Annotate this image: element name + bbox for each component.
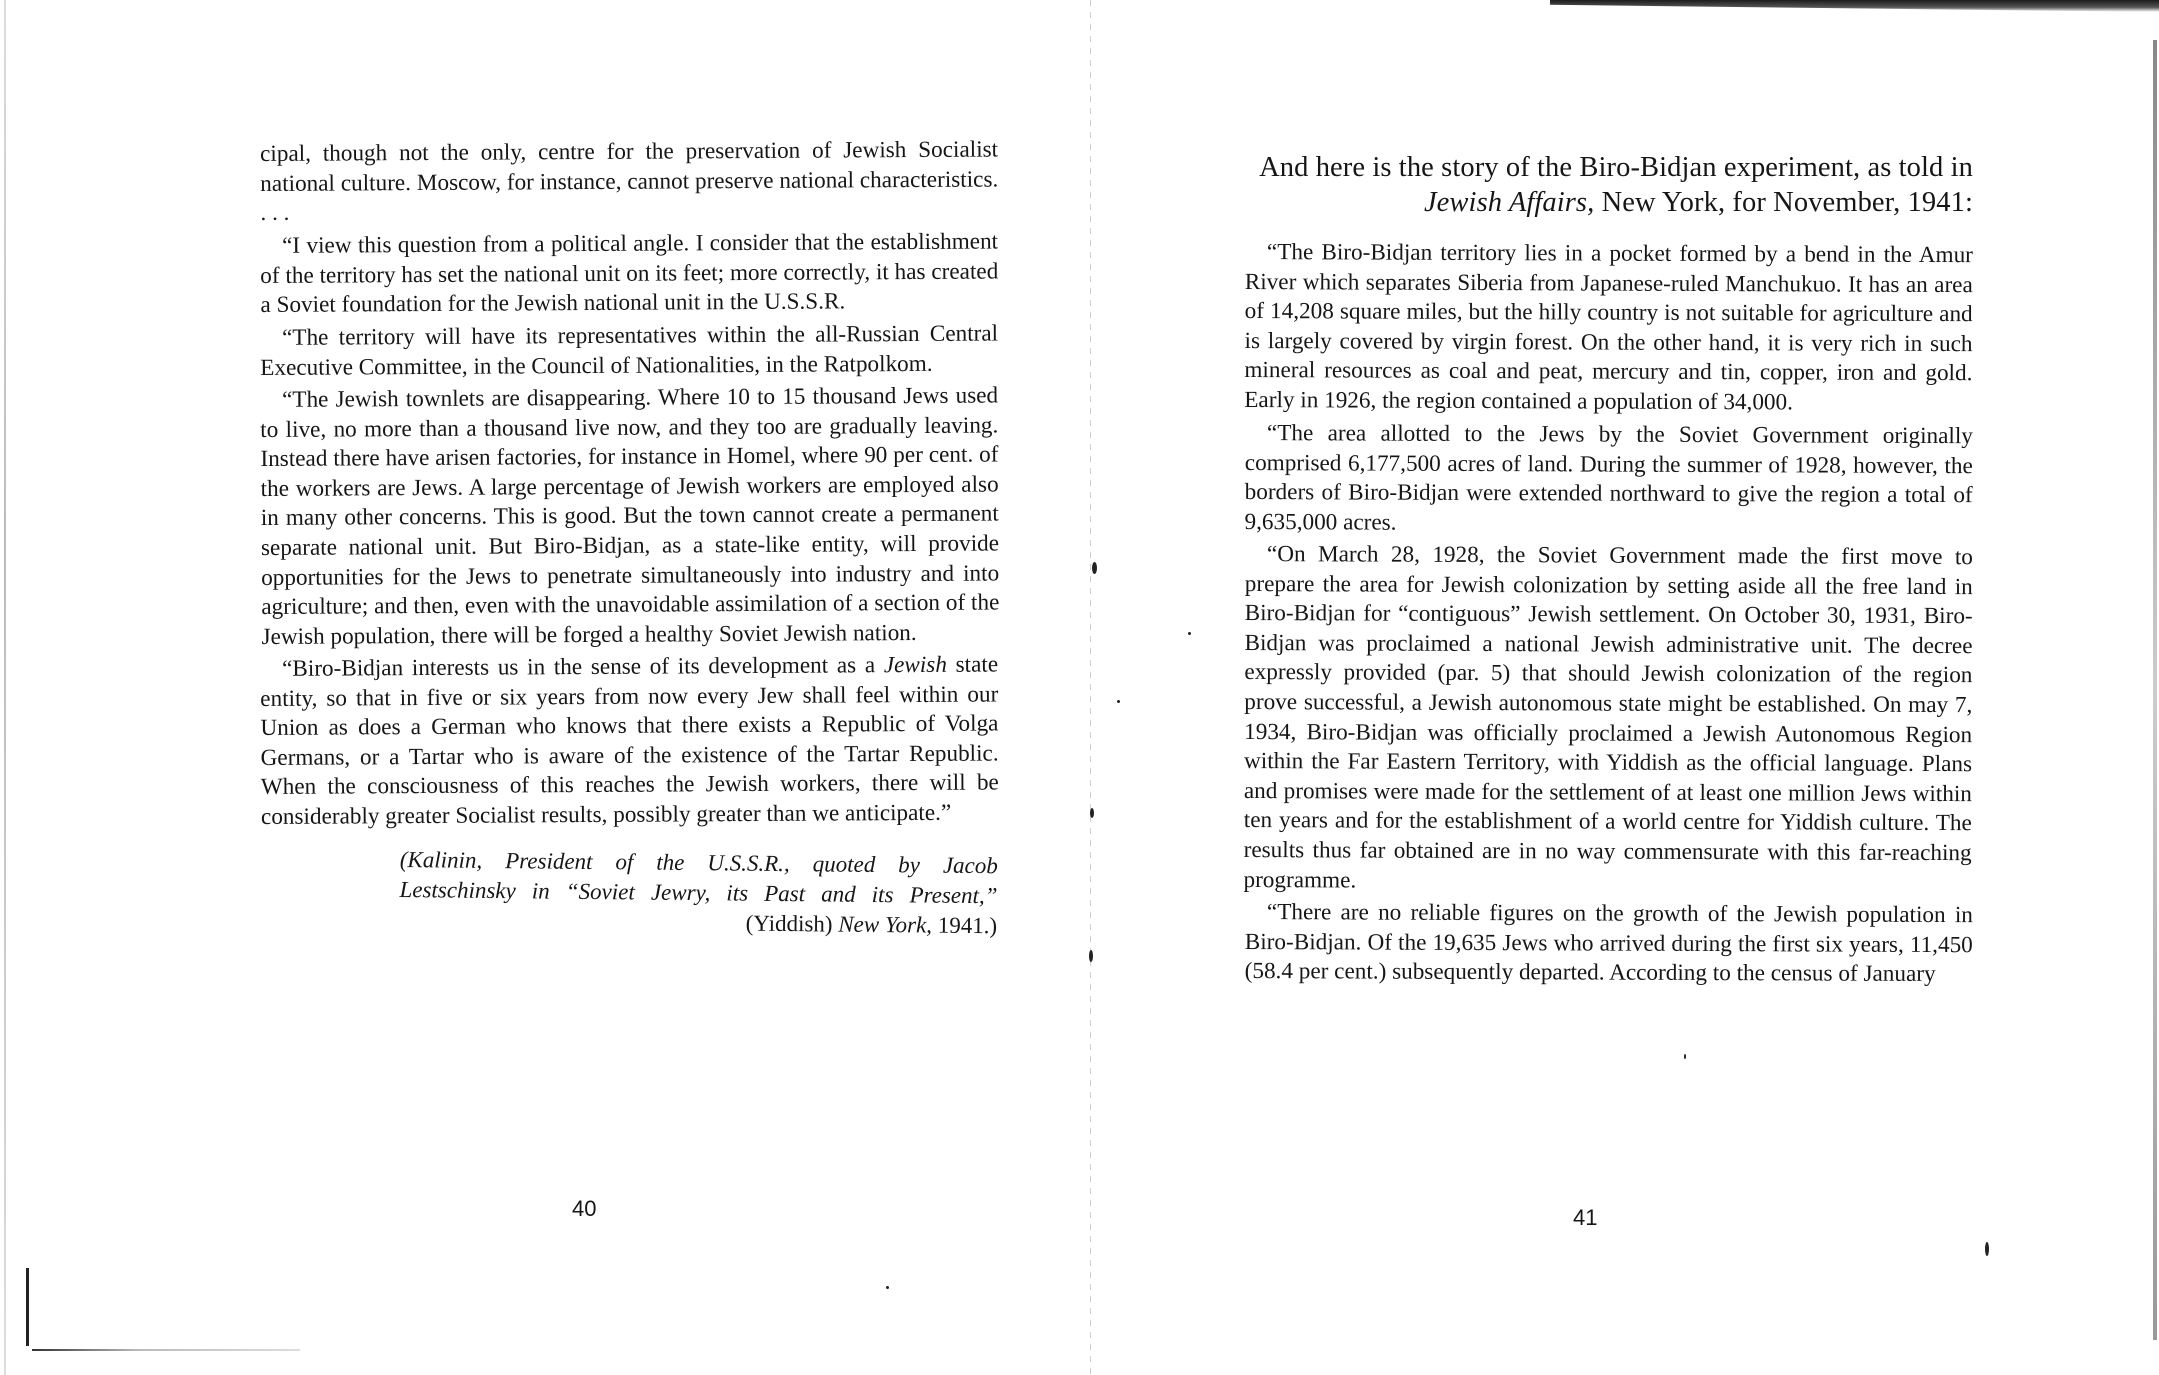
paragraph-area-allotted: “The area allotted to the Jews by the So… (1244, 419, 1973, 541)
scan-speck (1090, 808, 1094, 818)
right-page-text: And here is the story of the Biro-Bidjan… (1245, 150, 1973, 987)
scan-speck (1684, 1054, 1686, 1059)
paragraph-march-1928: “On March 28, 1928, the Soviet Governmen… (1243, 540, 1973, 898)
paragraph-representatives: “The territory will have its representat… (260, 319, 998, 383)
paragraph-population-figures: “There are no reliable figures on the gr… (1245, 898, 1973, 990)
book-gutter (1090, 0, 1091, 1375)
italic-jewish: Jewish (884, 652, 947, 678)
book-spread: cipal, though not the only, centre for t… (0, 0, 2159, 1375)
page-number-right: 41 (1573, 1205, 1597, 1231)
paragraph-continuation: cipal, though not the only, centre for t… (260, 135, 999, 228)
left-page: cipal, though not the only, centre for t… (0, 0, 1090, 1375)
citation-kalinin: (Kalinin, President of the U.S.S.R., quo… (399, 845, 998, 941)
scan-edge-left (4, 0, 6, 1375)
scan-speck (886, 1286, 889, 1289)
left-page-text: cipal, though not the only, centre for t… (260, 140, 998, 935)
section-intro-heading: And here is the story of the Biro-Bidjan… (1245, 150, 1973, 220)
scan-speck (1188, 632, 1191, 635)
scan-corner-mark-vertical (26, 1268, 29, 1346)
scan-speck (1089, 950, 1093, 962)
paragraph-political-angle: “I view this question from a political a… (260, 227, 999, 320)
paragraph-townlets: “The Jewish townlets are disappearing. W… (260, 381, 1000, 652)
scan-speck (1985, 1242, 1989, 1256)
scan-speck (1092, 562, 1097, 574)
italic-jewish-affairs: Jewish Affairs, (1424, 187, 1594, 218)
paragraph-biro-bidjan-interests: “Biro-Bidjan interests us in the sense o… (260, 651, 999, 833)
scan-speck (1117, 700, 1120, 703)
scan-edge-right (2153, 40, 2157, 1340)
page-number-left: 40 (572, 1196, 596, 1222)
paragraph-territory: “The Biro-Bidjan territory lies in a poc… (1244, 238, 1973, 419)
scan-corner-mark-horizontal (32, 1349, 300, 1351)
